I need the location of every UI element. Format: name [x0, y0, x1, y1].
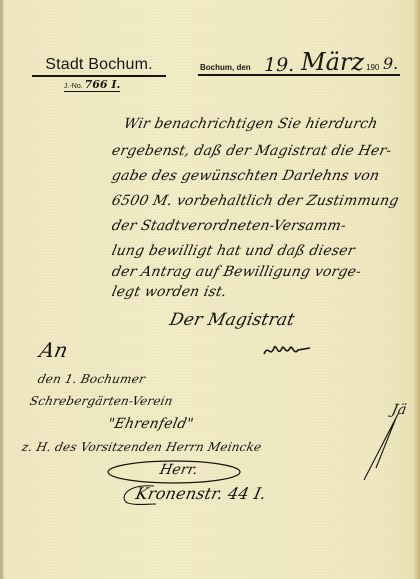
- date-year-prefix: 190: [366, 63, 379, 72]
- letter-page: Stadt Bochum. J.-No. 766 I. Bochum, den …: [0, 0, 420, 579]
- address-line: "Ehrenfeld": [106, 416, 195, 432]
- closing-signatory: Der Magistrat: [168, 310, 297, 330]
- flourish-icon: [118, 482, 158, 508]
- letterhead-issuer: Stadt Bochum.: [32, 56, 166, 77]
- journal-number-value: 766 I.: [85, 78, 121, 91]
- body-line: gabe des gewünschten Darlehns von: [110, 168, 381, 184]
- body-line: der Stadtverordneten-Versamm-: [110, 218, 347, 234]
- journal-number: J.-No. 766 I.: [64, 78, 120, 92]
- page-right-edge: [414, 0, 420, 579]
- dateline: Bochum, den 19. März 190 9.: [198, 58, 400, 76]
- body-line: 6500 M. vorbehaltlich der Zustimmung: [110, 193, 400, 209]
- journal-label: J.-No.: [64, 83, 83, 90]
- date-year-suffix: 9.: [383, 54, 398, 73]
- body-line: ergebenst, daß der Magistrat die Her-: [110, 143, 393, 159]
- address-line: An: [37, 338, 70, 362]
- address-line: den 1. Bochumer: [37, 372, 147, 386]
- body-line: legt worden ist.: [110, 284, 228, 300]
- signature-icon: [262, 340, 312, 362]
- address-line: Schrebergärten-Verein: [29, 394, 175, 408]
- date-day: 19.: [264, 54, 294, 76]
- body-line: lung bewilligt hat und daß dieser: [110, 243, 356, 259]
- margin-stroke-icon: [362, 412, 402, 482]
- body-line: Wir benachrichtigen Sie hierdurch: [122, 116, 379, 132]
- page-left-edge: [0, 0, 3, 579]
- date-month: März: [301, 48, 364, 76]
- body-line: der Antrag auf Bewilligung vorge-: [110, 264, 362, 280]
- address-line: z. H. des Vorsitzenden Herrn Meincke: [21, 440, 263, 454]
- date-place-label: Bochum, den: [200, 63, 251, 72]
